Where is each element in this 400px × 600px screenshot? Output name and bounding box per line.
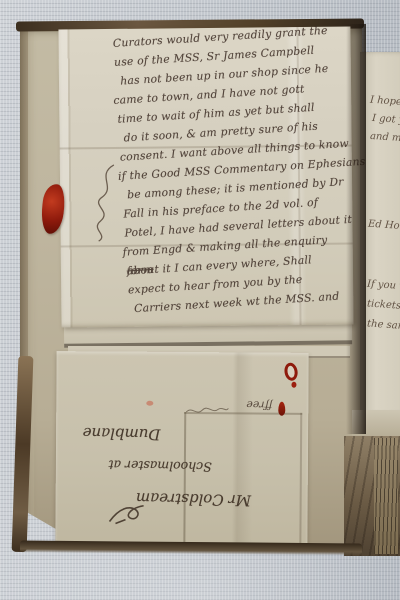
handwriting-fragment: If you w (367, 279, 400, 293)
address-text: Mr Coldstream Schoolmaster at Dumblane (63, 394, 302, 523)
handwriting-fragment: and m (370, 131, 400, 144)
wax-spot (283, 362, 299, 382)
book-gutter-shadow (346, 24, 366, 434)
address-line: Schoolmaster at (108, 457, 212, 474)
ink-paraph-icon (105, 497, 153, 529)
address-panel: ffree Mr Coldstream Schoolmaster at Dumb… (55, 351, 308, 549)
handwriting-fragment: I got y (372, 113, 400, 126)
letter-handwriting: Curators would very readily grant the us… (113, 22, 368, 321)
pasted-letter: Curators would very readily grant the us… (58, 26, 353, 327)
page-bottom-edge (20, 541, 362, 556)
wax-spot (291, 382, 296, 388)
handwriting-fragment: the same (367, 318, 400, 332)
handwriting-fragment: I hope y (370, 95, 400, 109)
photograph: I hope y I got y and m Ed How If you w t… (0, 0, 400, 600)
handwriting-fragment: tickets to (367, 298, 400, 312)
handwriting-fragment: Ed How (368, 219, 400, 233)
adjacent-page: I hope y I got y and m Ed How If you w t… (360, 52, 400, 414)
page-edge-writing (374, 438, 398, 554)
address-line: Dumblane (82, 424, 160, 444)
